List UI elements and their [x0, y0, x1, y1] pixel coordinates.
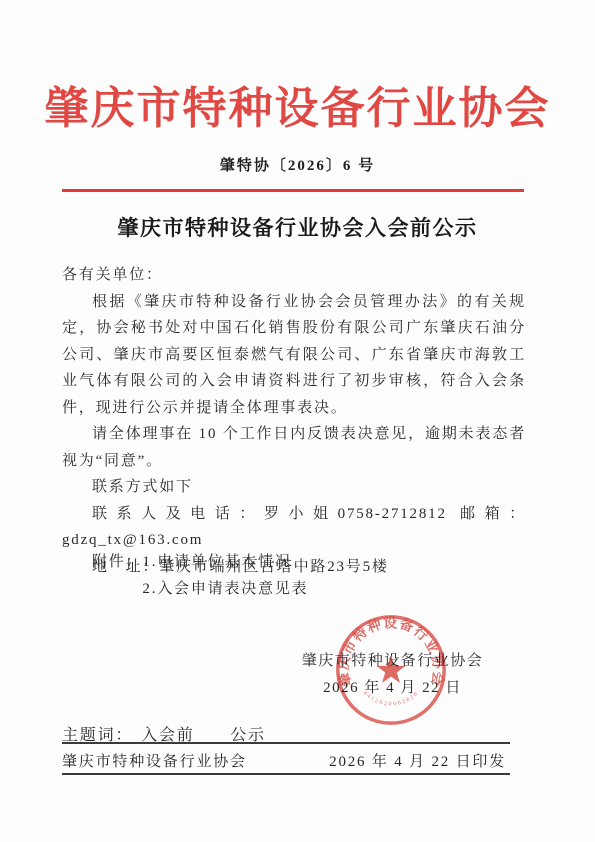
issuer-row: 肇庆市特种设备行业协会 2026 年 4 月 22 日印发: [62, 750, 510, 771]
attachment-item: 2.入会申请表决意见表: [142, 576, 308, 603]
footer-divider-top: [62, 742, 510, 744]
document-page: 肇庆市特种设备行业协会 肇特协〔2026〕6 号 肇庆市特种设备行业协会入会前公…: [0, 0, 595, 842]
document-body: 各有关单位： 根据《肇庆市特种设备行业协会会员管理办法》的有关规定，协会秘书处对…: [62, 262, 526, 580]
svg-text:肇庆市特种设备行业协会: 肇庆市特种设备行业协会: [335, 614, 447, 688]
contact-intro-text: 联系方式如下: [62, 474, 526, 501]
attachments-block: 附件： 1.申请单位基本情况 2.入会申请表决意见表: [62, 549, 526, 603]
paragraph-vote-deadline: 请全体理事在 10 个工作日内反馈表决意见，逾期未表态者视为“同意”。: [62, 421, 526, 474]
contact-phone-email-line: 联系人及电话：罗小姐0758-2712812 邮箱：gdzq_tx@163.co…: [62, 501, 526, 554]
attachment-item: 1.申请单位基本情况: [142, 549, 308, 576]
print-date: 2026 年 4 月 22 日印发: [329, 750, 506, 771]
letterhead-org-name: 肇庆市特种设备行业协会: [0, 72, 595, 136]
letterhead-divider-line: [62, 189, 524, 192]
attachments-list: 1.申请单位基本情况 2.入会申请表决意见表: [142, 549, 308, 603]
issuer-org-name: 肇庆市特种设备行业协会: [62, 750, 247, 771]
salutation-text: 各有关单位：: [62, 262, 526, 289]
attachments-label: 附件：: [62, 549, 142, 603]
svg-text:4412020002828: 4412020002828: [362, 690, 421, 708]
paragraph-review: 根据《肇庆市特种设备行业协会会员管理办法》的有关规定，协会秘书处对中国石化销售股…: [62, 289, 526, 422]
seal-arc-text: 肇庆市特种设备行业协会: [335, 614, 447, 688]
seal-star-icon: [377, 656, 406, 683]
footer-divider-bottom: [62, 773, 510, 775]
document-title: 肇庆市特种设备行业协会入会前公示: [0, 212, 595, 242]
seal-serial-number: 4412020002828: [362, 690, 421, 708]
document-number: 肇特协〔2026〕6 号: [0, 154, 595, 175]
official-seal: 肇庆市特种设备行业协会 4412020002828: [333, 612, 449, 728]
